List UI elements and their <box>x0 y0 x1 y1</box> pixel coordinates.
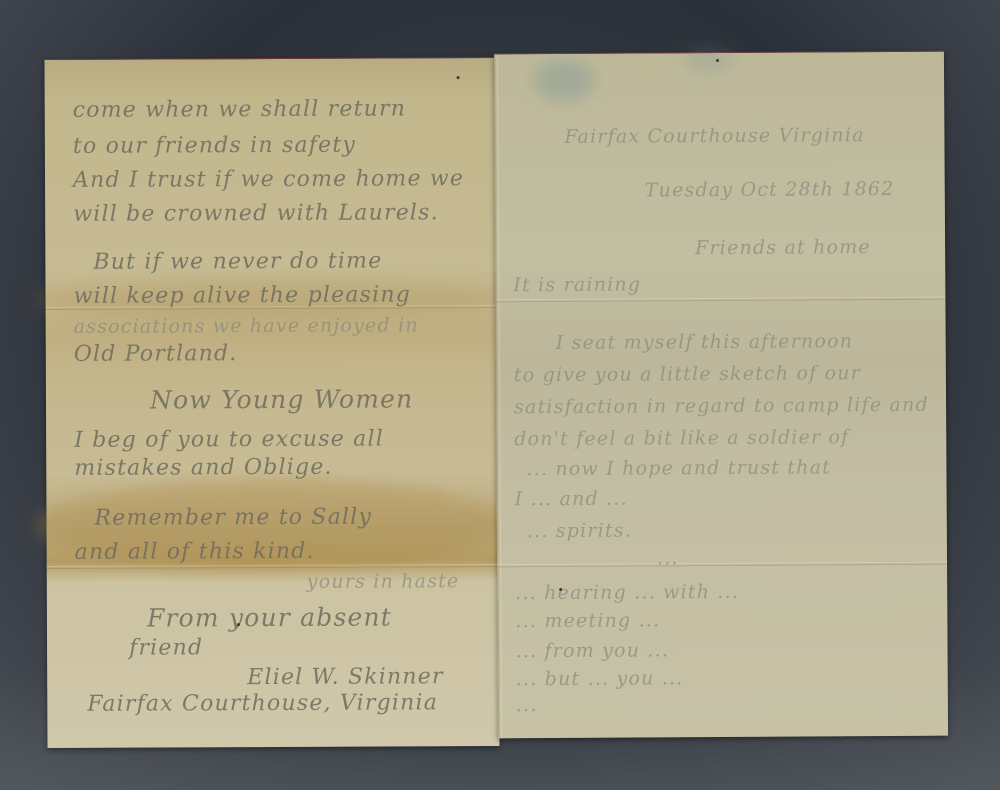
speck <box>237 623 240 626</box>
handwritten-line: I ... and ... <box>515 488 628 511</box>
handwritten-line: associations we have enjoyed in <box>74 314 419 338</box>
handwritten-line: Now Young Women <box>150 384 414 414</box>
handwritten-line: ... spirits. <box>527 520 632 543</box>
salutation: Friends at home <box>695 236 871 259</box>
handwritten-line: ... meeting ... <box>515 609 660 632</box>
handwritten-line: satisfaction in regard to camp life and <box>514 394 929 419</box>
handwritten-line: I seat myself this afternoon <box>556 330 854 354</box>
speck <box>559 588 562 591</box>
handwritten-line: ... <box>657 547 679 569</box>
handwritten-line: But if we never do time <box>93 249 382 275</box>
handwritten-line: ... <box>516 694 538 716</box>
fold-crease <box>497 562 947 568</box>
handwritten-line: don't feel a bit like a soldier of <box>514 426 849 450</box>
handwritten-line: ... but ... you ... <box>516 667 684 690</box>
letter-right-page: Fairfax Courthouse Virginia Tuesday Oct … <box>494 51 948 739</box>
blue-stain <box>684 49 734 71</box>
handwritten-line: And I trust if we come home we <box>73 166 464 193</box>
handwritten-line: Remember me to Sally <box>94 505 372 531</box>
speck <box>716 59 719 62</box>
blue-stain <box>534 60 594 100</box>
handwritten-line: will keep alive the pleasing <box>73 282 411 308</box>
handwritten-line: Old Portland. <box>74 341 238 367</box>
speck <box>457 76 460 79</box>
fold-crease <box>495 297 945 303</box>
letter-left-page: come when we shall return to our friends… <box>44 57 499 748</box>
handwritten-line: will be crowned with Laurels. <box>73 200 439 227</box>
handwritten-line: ... hearing ... with ... <box>515 581 739 604</box>
handwritten-line: to give you a little sketch of our <box>514 362 861 386</box>
handwritten-line: ... from you ... <box>515 639 669 662</box>
letter-place: Fairfax Courthouse Virginia <box>564 124 864 148</box>
signature: Eliel W. Skinner <box>247 664 444 690</box>
handwritten-line: Fairfax Courthouse, Virginia <box>87 690 438 717</box>
handwritten-line: From your absent <box>147 602 392 632</box>
handwritten-line: and all of this kind. <box>75 539 315 565</box>
letter-date: Tuesday Oct 28th 1862 <box>645 178 895 202</box>
handwritten-line: yours in haste <box>307 570 460 593</box>
handwritten-line: to our friends in safety <box>73 133 356 159</box>
handwritten-line: It is raining <box>513 273 641 296</box>
handwritten-line: come when we shall return <box>73 96 406 122</box>
handwritten-line: mistakes and Oblige. <box>74 455 333 481</box>
handwritten-line: ... now I hope and trust that <box>526 456 831 480</box>
handwritten-line: I beg of you to excuse all <box>74 427 384 453</box>
handwritten-line: friend <box>129 635 203 660</box>
